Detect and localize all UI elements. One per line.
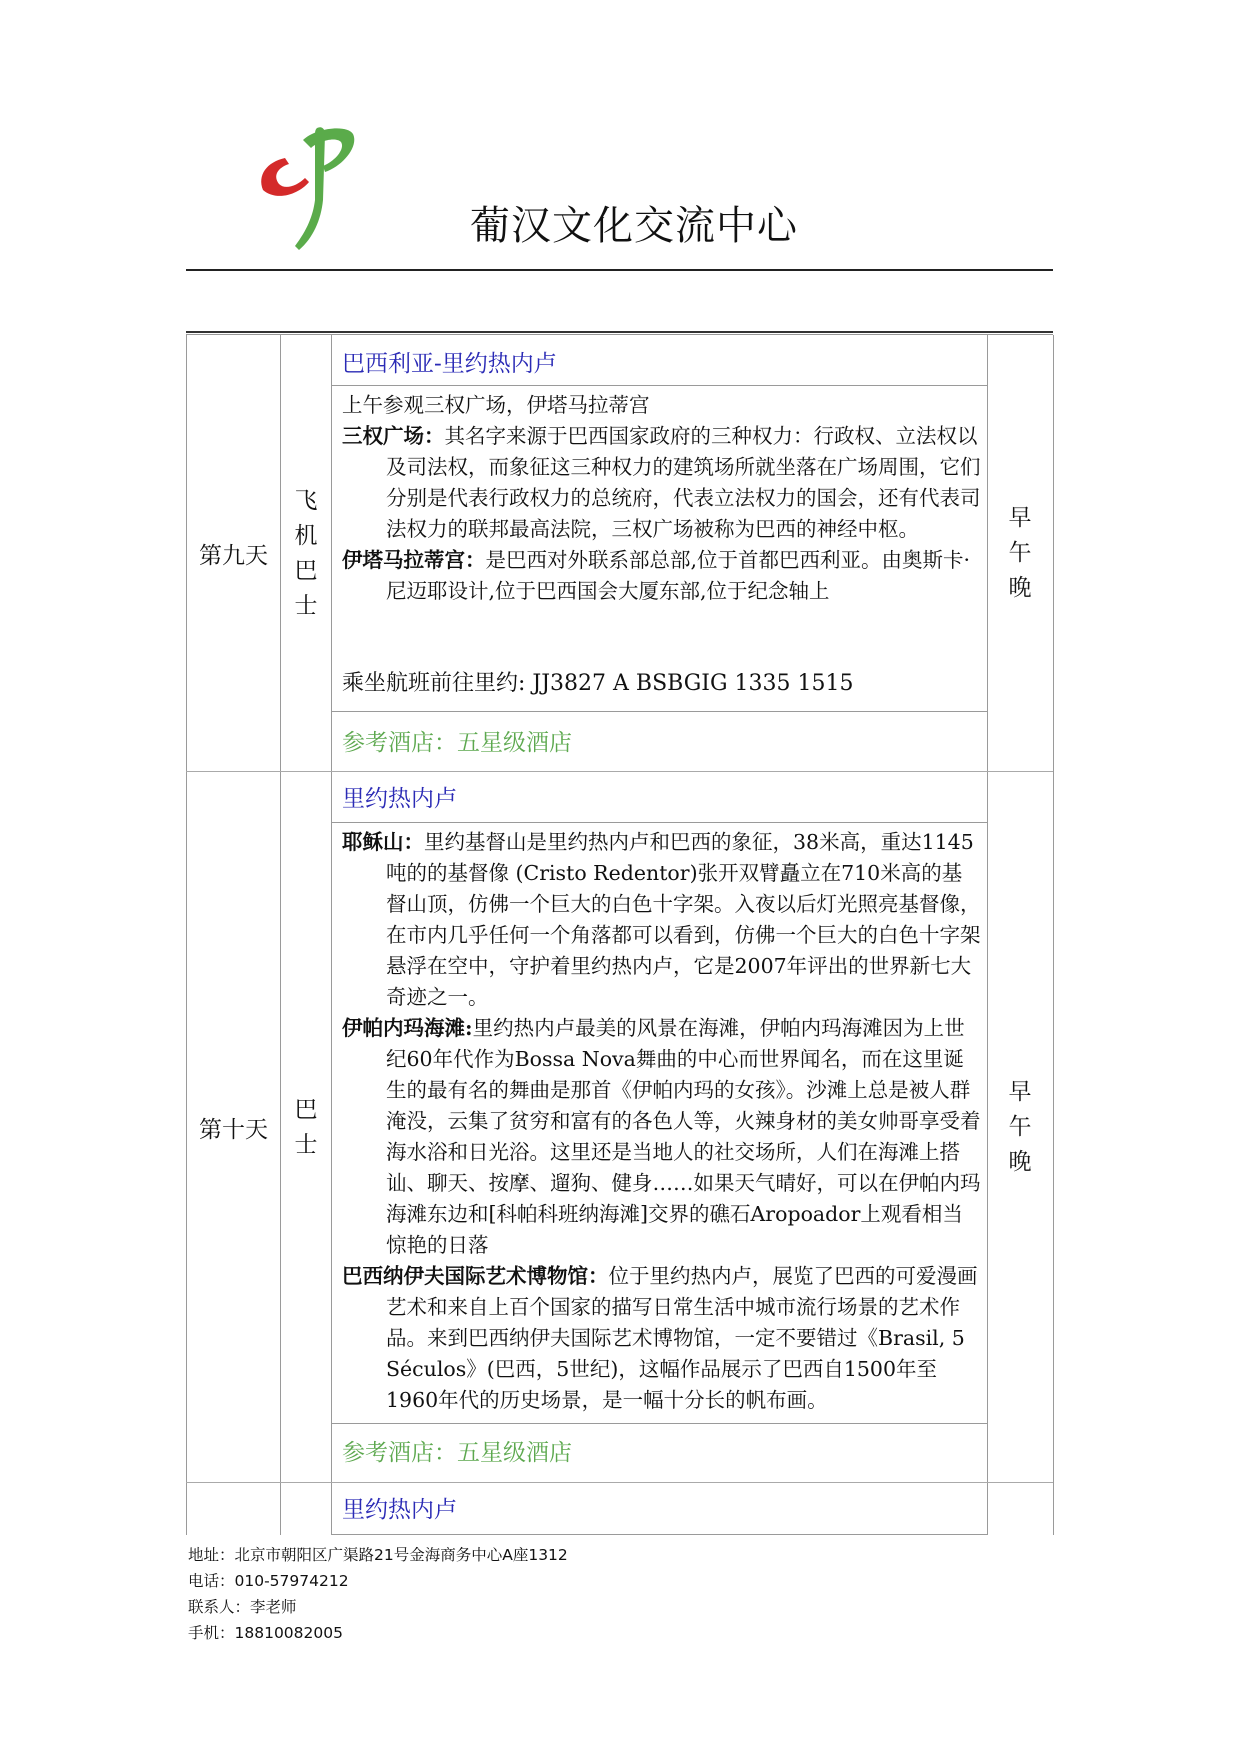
address: 地址：北京市朝阳区广渠路21号金海商务中心A座1312 xyxy=(188,1542,568,1568)
day-label: 第九天 xyxy=(199,537,268,570)
transport-char: 士 xyxy=(295,589,318,624)
route-title: 巴西利亚-里约热内卢 xyxy=(342,345,557,378)
day-row-10: 第十天 巴 士 里约热内卢 耶稣山：里约基督山是里约热内卢和巴西的象征，38米高… xyxy=(186,772,1053,1483)
table-top-border xyxy=(186,331,1053,333)
day-row-9: 第九天 飞 机 巴 士 巴西利亚-里约热内卢 上午参观三权广场，伊塔马拉蒂宫 三… xyxy=(186,335,1053,772)
flight-info: 乘坐航班前往里约: JJ3827 A BSBGIG 1335 1515 xyxy=(342,666,854,697)
paragraph: 巴西纳伊夫国际艺术博物馆：位于里约热内卢，展览了巴西的可爱漫画艺术和来自上百个国… xyxy=(342,1261,982,1416)
day-label: 第十天 xyxy=(199,1111,268,1144)
phone: 电话：010-57974212 xyxy=(188,1568,568,1594)
route-title: 里约热内卢 xyxy=(342,780,457,813)
content-cell: 里约热内卢 耶稣山：里约基督山是里约热内卢和巴西的象征，38米高，重达1145吨… xyxy=(331,772,988,1483)
paragraph: 伊塔马拉蒂宫：是巴西对外联系部总部,位于首都巴西利亚。由奥斯卡·尼迈耶设计,位于… xyxy=(342,545,982,607)
paragraph: 三权广场：其名字来源于巴西国家政府的三种权力：行政权、立法权以及司法权，而象征这… xyxy=(342,421,982,545)
route-cell: 里约热内卢 xyxy=(332,772,987,823)
transport-char: 巴 xyxy=(295,1093,318,1128)
contact-person: 联系人：李老师 xyxy=(188,1594,568,1620)
transport-char: 士 xyxy=(295,1128,318,1163)
meal-lunch: 午 xyxy=(1009,536,1032,571)
meal-breakfast: 早 xyxy=(1009,501,1032,536)
transport-char: 巴 xyxy=(295,554,318,589)
content-cell: 里约热内卢 xyxy=(331,1483,988,1535)
zhong-character-logo-icon xyxy=(255,120,370,255)
meals-cell: 早 午 晚 xyxy=(987,335,1054,772)
day-label-cell: 第十天 xyxy=(186,772,280,1483)
description-text: 上午参观三权广场，伊塔马拉蒂宫 三权广场：其名字来源于巴西国家政府的三种权力：行… xyxy=(342,390,982,607)
transport-cell: 飞 机 巴 士 xyxy=(280,335,331,772)
transport-cell xyxy=(280,1483,331,1535)
hotel-cell: 参考酒店：五星级酒店 xyxy=(332,712,987,772)
meals-cell: 早 午 晚 xyxy=(987,772,1054,1483)
route-cell: 巴西利亚-里约热内卢 xyxy=(332,335,987,386)
hotel-text: 参考酒店：五星级酒店 xyxy=(342,724,572,757)
description-text: 耶稣山：里约基督山是里约热内卢和巴西的象征，38米高，重达1145吨的的基督像 … xyxy=(342,827,982,1416)
hotel-text: 参考酒店：五星级酒店 xyxy=(342,1434,572,1467)
hotel-cell: 参考酒店：五星级酒店 xyxy=(332,1424,987,1483)
meal-breakfast: 早 xyxy=(1009,1075,1032,1110)
organization-title: 葡汉文化交流中心 xyxy=(470,206,798,246)
content-cell: 巴西利亚-里约热内卢 上午参观三权广场，伊塔马拉蒂宫 三权广场：其名字来源于巴西… xyxy=(331,335,988,772)
mobile: 手机：18810082005 xyxy=(188,1620,568,1646)
meals-cell xyxy=(987,1483,1054,1535)
meal-lunch: 午 xyxy=(1009,1110,1032,1145)
meal-dinner: 晚 xyxy=(1009,1145,1032,1180)
transport-cell: 巴 士 xyxy=(280,772,331,1483)
header-divider xyxy=(186,269,1053,271)
day-label-cell xyxy=(186,1483,280,1535)
transport-char: 机 xyxy=(295,519,318,554)
route-title: 里约热内卢 xyxy=(342,1491,457,1524)
description-cell: 上午参观三权广场，伊塔马拉蒂宫 三权广场：其名字来源于巴西国家政府的三种权力：行… xyxy=(332,386,987,712)
day-label-cell: 第九天 xyxy=(186,335,280,772)
meal-dinner: 晚 xyxy=(1009,571,1032,606)
day-row-11: 里约热内卢 xyxy=(186,1483,1053,1535)
description-cell: 耶稣山：里约基督山是里约热内卢和巴西的象征，38米高，重达1145吨的的基督像 … xyxy=(332,823,987,1424)
transport-char: 飞 xyxy=(295,484,318,519)
paragraph: 上午参观三权广场，伊塔马拉蒂宫 xyxy=(342,390,982,421)
contact-footer: 地址：北京市朝阳区广渠路21号金海商务中心A座1312 电话：010-57974… xyxy=(188,1542,568,1646)
paragraph: 伊帕内玛海滩:里约热内卢最美的风景在海滩，伊帕内玛海滩因为上世纪60年代作为Bo… xyxy=(342,1013,982,1261)
paragraph: 耶稣山：里约基督山是里约热内卢和巴西的象征，38米高，重达1145吨的的基督像 … xyxy=(342,827,982,1013)
